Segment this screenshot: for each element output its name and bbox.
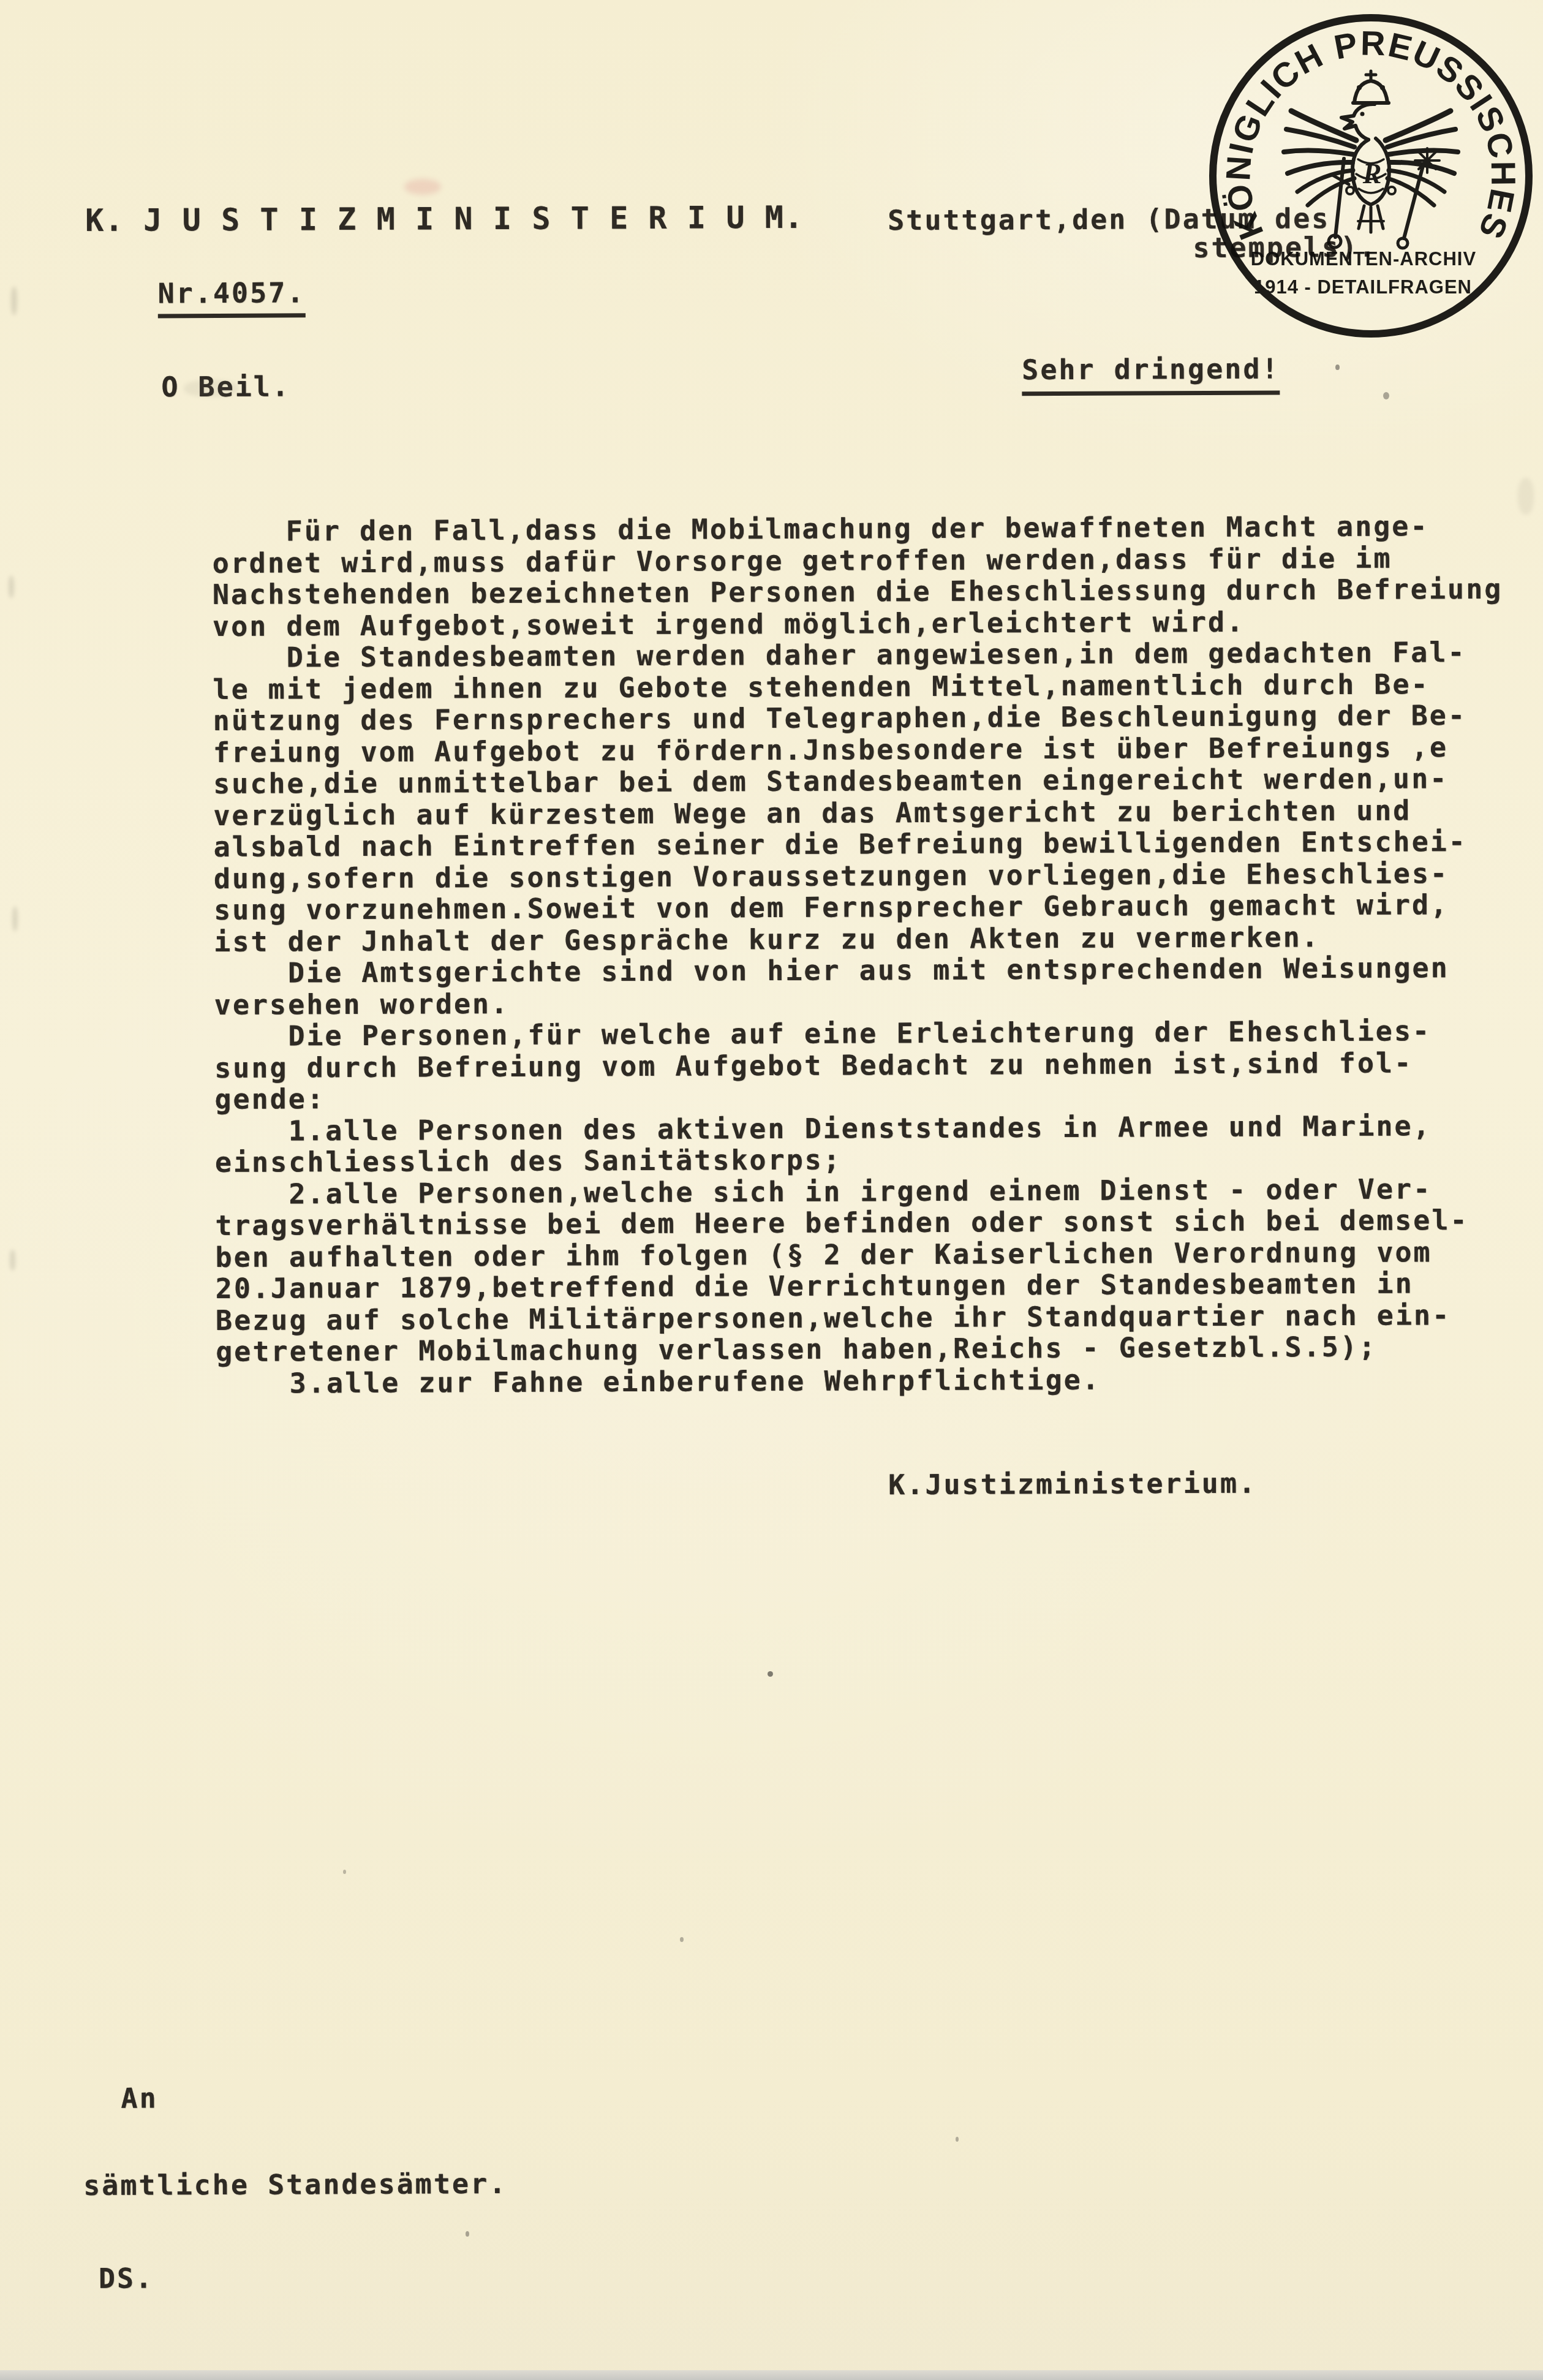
seal-center-line-1: DOKUMENTEN-ARCHIV [1251,248,1476,270]
archive-seal: KÖNIGLICH PREUSSISCHES [1205,10,1536,341]
typewritten-layer: K. J U S T I Z M I N I S T E R I U M. Nr… [0,0,1543,2380]
scan-speck [466,2231,469,2237]
urgency-note: Sehr dringend! [1022,352,1280,396]
clerk-initials: DS. [99,2262,154,2294]
margin-smudge [1518,478,1534,515]
margin-smudge [184,380,239,397]
scan-speck [768,1671,773,1677]
scan-speck [956,2137,959,2142]
scan-speck [680,1937,684,1942]
reference-number: Nr.4057. [158,276,306,318]
recipient-salutation: An [121,2082,157,2114]
royal-monogram: R [1362,158,1382,189]
signature-line: K.Justizministerium. [888,1467,1257,1502]
margin-smudge [11,287,17,315]
paper-stain [404,179,441,195]
seal-center-line-2: 1914 - DETAILFRAGEN [1254,276,1472,298]
margin-smudge [10,1250,15,1271]
scan-speck [1383,392,1389,399]
star-icon [1415,148,1439,173]
sender-ministry-header: K. J U S T I Z M I N I S T E R I U M. [85,200,804,238]
scan-speck [1335,365,1340,370]
letter-body: Für den Fall,dass die Mobilmachung der b… [212,510,1506,1399]
margin-smudge [9,576,14,598]
margin-smudge [12,907,18,931]
scanned-document-page: K. J U S T I Z M I N I S T E R I U M. Nr… [0,0,1543,2380]
recipient-line: sämtliche Standesämter. [83,2167,507,2202]
scan-edge [0,2370,1543,2380]
scan-speck [343,1870,346,1874]
